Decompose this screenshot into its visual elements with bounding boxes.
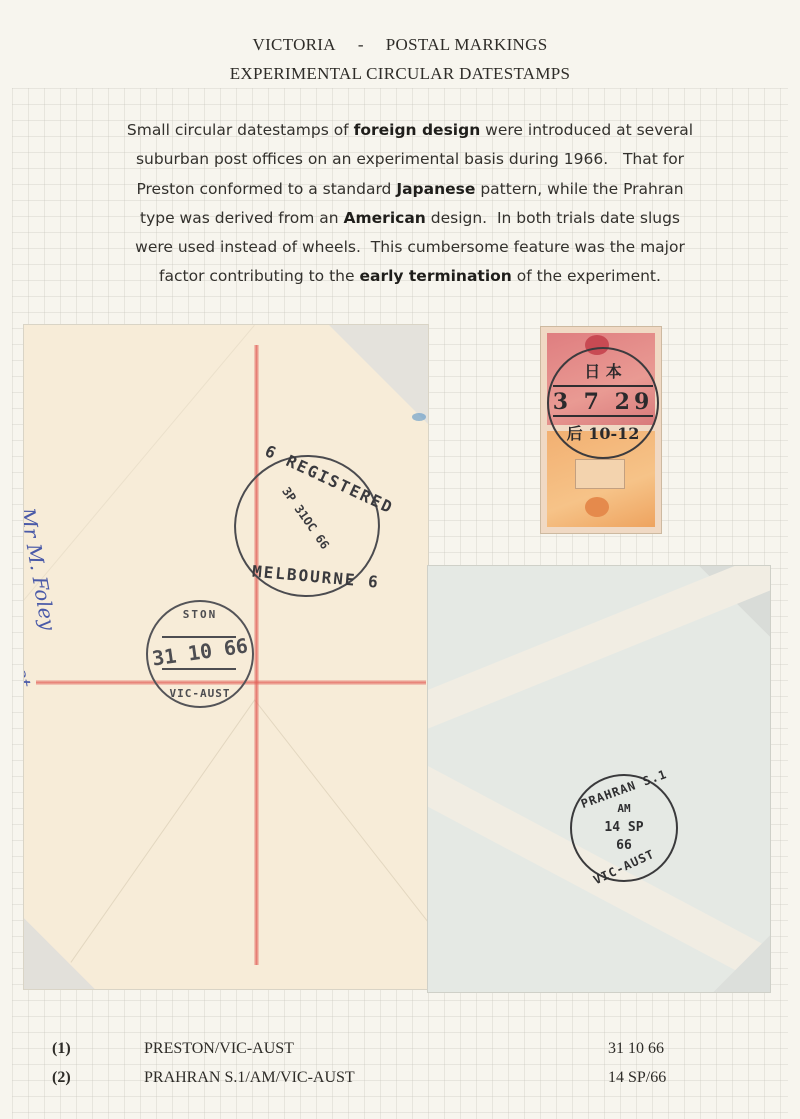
body-text: design. In both trials date slugs (426, 209, 680, 227)
envelope-preston: Mr M. Foley 185 Gaunt Street Preston 307… (24, 325, 428, 989)
body-text: were introduced at several (480, 121, 693, 139)
body-text: type was derived from an (140, 209, 344, 227)
envelope-flap (24, 918, 95, 989)
postmark-bar (553, 415, 653, 417)
body-text: pattern, while the Prahran (475, 180, 683, 198)
body-text: suburban post offices on an experimental… (136, 150, 684, 168)
stamp-crest-icon (585, 497, 609, 517)
intro-paragraph: Small circular datestamps of foreign des… (90, 116, 730, 292)
title-region: VICTORIA (253, 35, 336, 54)
postmark-bottom-text: MELBOURNE 6 (244, 561, 387, 592)
body-text: factor contributing to the (159, 267, 359, 285)
legend-number: (2) (52, 1069, 71, 1087)
emphasis-text: foreign design (354, 121, 481, 139)
intro-line: Small circular datestamps of foreign des… (90, 116, 730, 145)
legend-date: 31 10 66 (608, 1040, 664, 1058)
intro-line: factor contributing to the early termina… (90, 262, 730, 291)
prahran-postmark: PRAHRAN S.1 AM 14 SP 66 VIC-AUST (570, 774, 678, 882)
envelope-flap-band (428, 566, 770, 739)
postmark-top-text: 日 本 (549, 359, 657, 382)
japanese-postmark: 日 本 3 7 29 后 10-12 (547, 347, 659, 459)
legend-date: 14 SP/66 (608, 1069, 666, 1087)
postmark-date: 3 7 29 (549, 389, 657, 415)
registration-crayon-line (254, 345, 259, 965)
envelope-flap (329, 325, 428, 424)
intro-line: were used instead of wheels. This cumber… (90, 233, 730, 262)
envelope-prahran: PRAHRAN S.1 AM 14 SP 66 VIC-AUST (428, 566, 770, 992)
legend-postmark: PRESTON/VIC-AUST (144, 1040, 294, 1058)
postmark-bar (553, 385, 653, 387)
page-subtitle: EXPERIMENTAL CIRCULAR DATESTAMPS (0, 64, 800, 84)
body-text: Small circular datestamps of (127, 121, 354, 139)
postmark-bottom-text: 后 10-12 (549, 421, 657, 444)
emphasis-text: Japanese (396, 180, 475, 198)
legend-number: (1) (52, 1040, 71, 1058)
envelope-fold (70, 700, 254, 963)
emphasis-text: early termination (359, 267, 511, 285)
title-topic: POSTAL MARKINGS (386, 35, 548, 54)
postmark-date: 14 SP (572, 820, 676, 835)
envelope-fold (254, 699, 428, 952)
legend-row: (1) PRESTON/VIC-AUST 31 10 66 (52, 1040, 752, 1069)
postmark-legend: (1) PRESTON/VIC-AUST 31 10 66 (2) PRAHRA… (52, 1040, 752, 1098)
postmark-bottom-text: VIC-AUST (148, 687, 252, 700)
postmark-ampm: AM (572, 802, 676, 815)
ink-mark (412, 413, 426, 421)
legend-postmark: PRAHRAN S.1/AM/VIC-AUST (144, 1069, 355, 1087)
postmark-date: 31 10 66 (147, 633, 253, 671)
registered-melbourne-postmark: 6 REGISTERED 3P 31OC 66 MELBOURNE 6 (223, 443, 391, 608)
postmark-bar (162, 668, 236, 670)
body-text: Preston conformed to a standard (136, 180, 396, 198)
intro-line: Preston conformed to a standard Japanese… (90, 175, 730, 204)
page-title: VICTORIA-POSTAL MARKINGS (0, 35, 800, 55)
envelope-fold (24, 325, 255, 601)
body-text: of the experiment. (512, 267, 661, 285)
handwritten-address: Mr M. Foley 185 Gaunt Street Preston 307… (24, 505, 86, 760)
emphasis-text: American (344, 209, 426, 227)
preston-postmark: STON 31 10 66 VIC-AUST (146, 600, 254, 708)
intro-line: suburban post offices on an experimental… (90, 145, 730, 174)
legend-row: (2) PRAHRAN S.1/AM/VIC-AUST 14 SP/66 (52, 1069, 752, 1098)
stamp-panel (575, 459, 625, 489)
japanese-stamp-pair: 日 本 3 7 29 后 10-12 (541, 327, 661, 533)
intro-line: type was derived from an American design… (90, 204, 730, 233)
postmark-top-text: STON (148, 608, 252, 621)
title-separator: - (358, 35, 364, 55)
body-text: were used instead of wheels. This cumber… (135, 238, 685, 256)
